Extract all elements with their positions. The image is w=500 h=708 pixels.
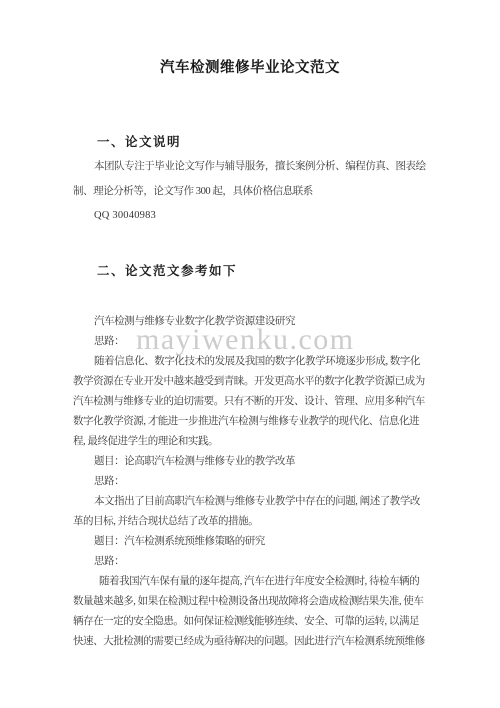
document-page: mayiwenku.com 汽车检测维修毕业论文范文 一、论文说明 本团队专注于…	[0, 0, 500, 708]
text-line: 程, 最终促进学生的理论和实践。	[73, 432, 445, 452]
section2-body: 汽车检测与维修专业数字化教学资源建设研究 思路： 随着信息化、数字化技术的发展及…	[73, 312, 445, 652]
text-line: 随着我国汽车保有量的逐年提高, 汽车在进行年度安全检测时, 待检车辆的	[73, 572, 445, 592]
document-title: 汽车检测维修毕业论文范文	[0, 58, 500, 78]
idea-label-line: 思路：	[73, 472, 445, 492]
section1-body: 本团队专注于毕业论文写作与辅导服务，擅长案例分析、编程仿真、图表绘 制、理论分析…	[73, 155, 445, 229]
idea-label-line: 思路：	[73, 552, 445, 572]
thesis3-title-line: 题目：汽车检测系统预维修策略的研究	[73, 532, 445, 552]
thesis2-title-line: 题目：论高职汽车检测与维修专业的教学改革	[73, 452, 445, 472]
section2-heading: 二、论文范文参考如下	[97, 262, 237, 280]
text-line: 数字化教学资源, 才能进一步推进汽车检测与维修专业教学的现代化、信息化进	[73, 412, 445, 432]
section1-heading: 一、论文说明	[97, 133, 181, 151]
text-line: 革的目标, 并结合现状总结了改革的措施。	[73, 512, 445, 532]
text-line: 教学资源在专业开发中越来越受到青睐。开发更高水平的数字化教学资源已成为	[73, 372, 445, 392]
text-line: 快速、大批检测的需要已经成为亟待解决的问题。因此进行汽车检测系统预维修	[73, 632, 445, 652]
text-line: 制、理论分析等，论文写作 300 起，具体价格信息联系	[73, 180, 445, 205]
text-line: 辆存在一定的安全隐患。如何保证检测线能够连续、安全、可靠的运转, 以满足	[73, 612, 445, 632]
idea-label-line: 思路：	[73, 332, 445, 352]
qq-contact-line: QQ 30040983	[73, 204, 445, 229]
text-line: 数量越来越多, 如果在检测过程中检测设备出现故障将会造成检测结果失准, 使车	[73, 592, 445, 612]
text-line: 汽车检测与维修专业的迫切需要。只有不断的开发、设计、管理、应用多种汽车	[73, 392, 445, 412]
text-line: 本团队专注于毕业论文写作与辅导服务，擅长案例分析、编程仿真、图表绘	[73, 155, 445, 180]
text-line: 随着信息化、数字化技术的发展及我国的数字化教学环境逐步形成, 数字化	[73, 352, 445, 372]
thesis1-title-line: 汽车检测与维修专业数字化教学资源建设研究	[73, 312, 445, 332]
text-line: 本文指出了目前高职汽车检测与维修专业教学中存在的问题, 阐述了教学改	[73, 492, 445, 512]
